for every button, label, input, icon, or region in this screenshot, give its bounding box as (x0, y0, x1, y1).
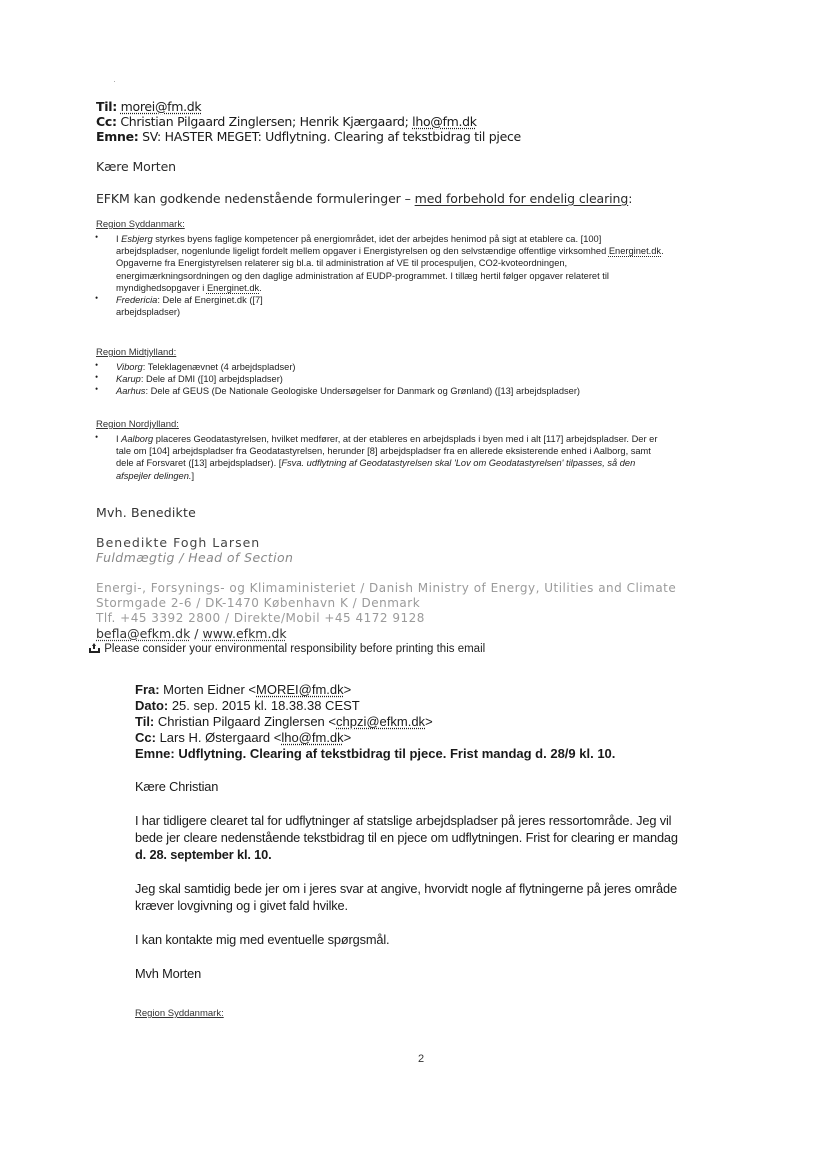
link-separator: / (190, 626, 202, 641)
quoted-region-label: Region Syddanmark: (135, 1008, 224, 1019)
reply-greeting: Kære Morten (96, 159, 176, 174)
document-page: Til: morei@fm.dk Cc: Christian Pilgaard … (0, 0, 825, 1168)
quoted-to-email-link[interactable]: chpzi@efkm.dk (336, 714, 425, 729)
quoted-greeting: Kære Christian (135, 778, 218, 795)
place-name: afspejler delingen. (116, 471, 191, 481)
signature-org: Energi-, Forsynings- og Klimaministeriet… (96, 581, 676, 595)
region-label: Region Syddanmark: (96, 219, 185, 230)
subject-value: SV: HASTER MEGET: Udflytning. Clearing a… (142, 129, 521, 144)
energinet-link[interactable]: Energinet.dk (207, 283, 259, 293)
quoted-to-line: Til: Christian Pilgaard Zinglersen <chpz… (135, 714, 433, 730)
to-email-link[interactable]: morei@fm.dk (121, 99, 202, 114)
page-number: 2 (418, 1053, 424, 1065)
list-item-line: arbejdspladser) (116, 306, 180, 318)
bullet-icon: • (95, 384, 98, 394)
region-label: Region Nordjylland: (96, 419, 179, 430)
reply-intro: EFKM kan godkende nedenstående formuleri… (96, 191, 632, 206)
signature-closing: Mvh. Benedikte (96, 505, 196, 520)
place-name: Karup (116, 374, 141, 384)
from-label: Fra: (135, 682, 160, 697)
bullet-icon: • (95, 360, 98, 370)
list-item-line: I Aalborg placeres Geodatastyrelsen, hvi… (116, 433, 657, 445)
date-label: Dato: (135, 698, 168, 713)
place-name: Fsva. udflytning af Geodatastyrelsen ska… (281, 458, 635, 468)
cc-email-link[interactable]: lho@fm.dk (412, 114, 477, 129)
quoted-p1-line1: I har tidligere clearet tal for udflytni… (135, 812, 671, 829)
signature-web-link[interactable]: www.efkm.dk (202, 626, 286, 641)
signature-email-link[interactable]: befla@efkm.dk (96, 626, 190, 641)
signature-address: Stormgade 2-6 / DK-1470 København K / De… (96, 596, 420, 610)
from-name: Morten Eidner < (160, 682, 256, 697)
quoted-p2-line1: Jeg skal samtidig bede jer om i jeres sv… (135, 880, 677, 897)
region-label: Region Midtjylland: (96, 347, 176, 358)
bullet-icon: • (95, 293, 98, 303)
quoted-cc-close: > (344, 730, 352, 745)
date-value: 25. sep. 2015 kl. 18.38.38 CEST (168, 698, 360, 713)
scan-speck (114, 81, 115, 82)
quoted-p2-line2: kræver lovgivning og i givet fald hvilke… (135, 897, 348, 914)
list-item-line: tale om [104] arbejdspladser fra Geodata… (116, 445, 651, 457)
quoted-subject-value: Udflytning. Clearing af tekstbidrag til … (175, 746, 616, 761)
signature-links: befla@efkm.dk / www.efkm.dk (96, 626, 287, 641)
bullet-icon: • (95, 372, 98, 382)
bullet-icon: • (95, 232, 98, 242)
quoted-to-name: Christian Pilgaard Zinglersen < (154, 714, 336, 729)
place-name: Aalborg (121, 434, 153, 444)
quoted-subject-label: Emne: (135, 746, 175, 761)
list-item-line: Karup: Dele af DMI ([10] arbejdspladser) (116, 373, 283, 385)
intro-text: EFKM kan godkende nedenstående formuleri… (96, 191, 415, 206)
energinet-link[interactable]: Energinet.dk (609, 246, 661, 256)
list-item-line: I Esbjerg styrkes byens faglige kompeten… (116, 233, 601, 245)
cc-names: Christian Pilgaard Zinglersen; Henrik Kj… (120, 114, 412, 129)
list-item-line: Aarhus: Dele af GEUS (De Nationale Geolo… (116, 385, 580, 397)
list-item-line: Opgaverne fra Energistyrelsen relaterer … (116, 257, 567, 269)
from-email-link[interactable]: MOREI@fm.dk (256, 682, 344, 697)
recycle-printer-icon (88, 642, 101, 657)
to-label: Til: (96, 99, 117, 114)
cc-label: Cc: (96, 114, 117, 129)
list-item-line: Viborg: Teleklagenævnet (4 arbejdspladse… (116, 361, 296, 373)
signature-title: Fuldmægtig / Head of Section (96, 550, 293, 565)
quoted-date-line: Dato: 25. sep. 2015 kl. 18.38.38 CEST (135, 698, 360, 714)
list-item-line: arbejdspladser, nogenlunde ligeligt ford… (116, 245, 664, 257)
list-item-line: energimærkningsordningen og den daglige … (116, 270, 609, 282)
quoted-closing: Mvh Morten (135, 965, 201, 982)
reply-subject-line: Emne: SV: HASTER MEGET: Udflytning. Clea… (96, 129, 521, 144)
signature-name: Benedikte Fogh Larsen (96, 535, 260, 550)
place-name: Aarhus (116, 386, 145, 396)
list-item-line: Fredericia: Dele af Energinet.dk ([7] (116, 294, 263, 306)
place-name: Fredericia (116, 295, 157, 305)
list-item-line: dele af Forsvaret ([13] arbejdspladser).… (116, 457, 635, 469)
signature-phone: Tlf. +45 3392 2800 / Direkte/Mobil +45 4… (96, 611, 425, 625)
intro-underlined: med forbehold for endelig clearing (415, 191, 629, 206)
reply-cc-line: Cc: Christian Pilgaard Zinglersen; Henri… (96, 114, 477, 129)
quoted-cc-label: Cc: (135, 730, 156, 745)
quoted-to-label: Til: (135, 714, 154, 729)
environment-note-text: Please consider your environmental respo… (104, 643, 485, 655)
subject-label: Emne: (96, 129, 138, 144)
quoted-to-close: > (425, 714, 433, 729)
quoted-deadline: d. 28. september kl. 10. (135, 846, 272, 863)
environment-note: Please consider your environmental respo… (88, 642, 485, 657)
reply-to-line: Til: morei@fm.dk (96, 99, 201, 114)
quoted-from-line: Fra: Morten Eidner <MOREI@fm.dk> (135, 682, 351, 698)
place-name: Esbjerg (121, 234, 153, 244)
quoted-p1-line2: bede jer cleare nedenstående tekstbidrag… (135, 829, 678, 846)
quoted-subject-line: Emne: Udflytning. Clearing af tekstbidra… (135, 746, 615, 762)
quoted-cc-email-link[interactable]: lho@fm.dk (281, 730, 343, 745)
bullet-icon: • (95, 432, 98, 442)
quoted-p3: I kan kontakte mig med eventuelle spørgs… (135, 931, 389, 948)
list-item-line: afspejler delingen.] (116, 470, 194, 482)
quoted-cc-name: Lars H. Østergaard < (156, 730, 281, 745)
quoted-cc-line: Cc: Lars H. Østergaard <lho@fm.dk> (135, 730, 351, 746)
from-close: > (344, 682, 352, 697)
intro-colon: : (628, 191, 632, 206)
place-name: Viborg (116, 362, 143, 372)
list-item-line: myndighedsopgaver i Energinet.dk. (116, 282, 262, 294)
